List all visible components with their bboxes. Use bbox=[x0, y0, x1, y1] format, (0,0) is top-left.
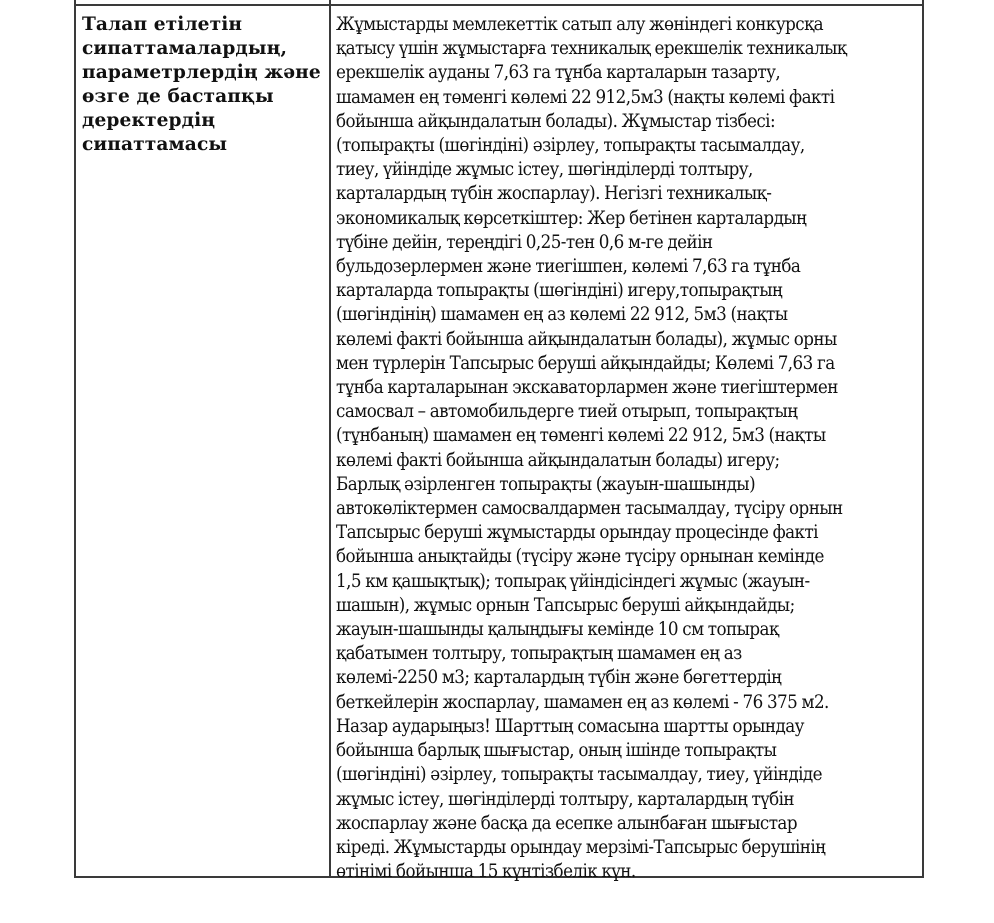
row-value-text: самосвал – автомобильдерге тией отырып, … bbox=[336, 400, 918, 424]
row-label-text: өзге де бастапқы bbox=[82, 85, 323, 109]
row-label-text: Талап етілетін bbox=[82, 13, 323, 37]
row-value-text: (шөгіндінің) шамамен ең аз көлемі 22 912… bbox=[336, 303, 918, 327]
row-label-text: сипаттамалардың, bbox=[82, 37, 323, 61]
row-value-text: жоспарлау және басқа да есепке алынбаған… bbox=[336, 812, 918, 836]
row-value-text: Тапсырыс беруші жұмыстарды орындау проце… bbox=[336, 521, 918, 545]
row-value-text: 1,5 км қашықтық); топырақ үйіндісіндегі … bbox=[336, 570, 918, 594]
row-value-text: қатысу үшін жұмыстарға техникалық ерекше… bbox=[336, 37, 918, 61]
column-divider bbox=[329, 0, 331, 4]
table-row: Талап етілетінсипаттамалардың,параметрле… bbox=[74, 6, 924, 878]
row-value-text: жауын-шашынды қалыңдығы кемінде 10 см то… bbox=[336, 618, 918, 642]
row-value-text: бойынша айқындалатын болады). Жұмыстар т… bbox=[336, 110, 918, 134]
row-value-text: автокөліктермен самосвалдармен тасымалда… bbox=[336, 497, 918, 521]
row-value-text: көлемі факті бойынша айқындалатын болады… bbox=[336, 328, 918, 352]
row-value-text: шашын), жұмыс орнын Тапсырыс беруші айқы… bbox=[336, 594, 918, 618]
row-value-text: ерекшелік ауданы 7,63 га тұнба карталары… bbox=[336, 61, 918, 85]
row-value-text: көлемі-2250 м3; карталардың түбін және б… bbox=[336, 666, 918, 690]
row-value-text: мен түрлерін Тапсырыс беруші айқындайды;… bbox=[336, 352, 918, 376]
requirements-table: Талап етілетінсипаттамалардың,параметрле… bbox=[74, 0, 924, 878]
row-value-text: (шөгіндіні) әзірлеу, топырақты тасымалда… bbox=[336, 763, 918, 787]
row-value-text: шамамен ең төменгі көлемі 22 912,5м3 (на… bbox=[336, 86, 918, 110]
row-label-text: сипаттамасы bbox=[82, 133, 323, 157]
row-value-text: көлемі факті бойынша айқындалатын болады… bbox=[336, 449, 918, 473]
row-value-text: Назар аударыңыз! Шарттың сомасына шартты… bbox=[336, 715, 918, 739]
row-value-text: өтінімі бойынша 15 күнтізбелік күн. bbox=[336, 860, 918, 884]
row-value-text: карталарда топырақты (шөгіндіні) игеру,т… bbox=[336, 279, 918, 303]
row-value-text: жұмыс істеу, шөгінділерді толтыру, карта… bbox=[336, 788, 918, 812]
row-value-cell: Жұмыстарды мемлекеттік сатып алу жөнінде… bbox=[329, 6, 922, 876]
row-value-text: беткейлерін жоспарлау, шамамен ең аз көл… bbox=[336, 691, 918, 715]
row-label-text: параметрлердің және bbox=[82, 61, 323, 85]
row-value-text: тиеу, үйіндіде жұмыс істеу, шөгінділерді… bbox=[336, 158, 918, 182]
previous-row-edge bbox=[74, 0, 924, 6]
row-value-text: қабатымен толтыру, топырақтың шамамен ең… bbox=[336, 642, 918, 666]
row-value-text: бойынша барлық шығыстар, оның ішінде топ… bbox=[336, 739, 918, 763]
row-label-cell: Талап етілетінсипаттамалардың,параметрле… bbox=[76, 6, 329, 876]
row-value-text: бульдозерлермен және тиегішпен, көлемі 7… bbox=[336, 255, 918, 279]
row-value-text: экономикалық көрсеткіштер: Жер бетінен к… bbox=[336, 207, 918, 231]
row-value-text: тұнба карталарынан экскаваторлармен және… bbox=[336, 376, 918, 400]
row-value-text: (топырақты (шөгіндіні) әзірлеу, топырақт… bbox=[336, 134, 918, 158]
row-value-text: карталардың түбін жоспарлау). Негізгі те… bbox=[336, 182, 918, 206]
row-value-text: (тұнбаның) шамамен ең төменгі көлемі 22 … bbox=[336, 424, 918, 448]
row-value-text: кіреді. Жұмыстарды орындау мерзімі-Тапсы… bbox=[336, 836, 918, 860]
row-value-text: Жұмыстарды мемлекеттік сатып алу жөнінде… bbox=[336, 13, 918, 37]
row-value-text: Барлық әзірленген топырақты (жауын-шашын… bbox=[336, 473, 918, 497]
row-value-text: бойынша анықтайды (түсіру және түсіру ор… bbox=[336, 545, 918, 569]
row-value-text: түбіне дейін, тереңдігі 0,25-тен 0,6 м-г… bbox=[336, 231, 918, 255]
row-label-text: деректердің bbox=[82, 109, 323, 133]
